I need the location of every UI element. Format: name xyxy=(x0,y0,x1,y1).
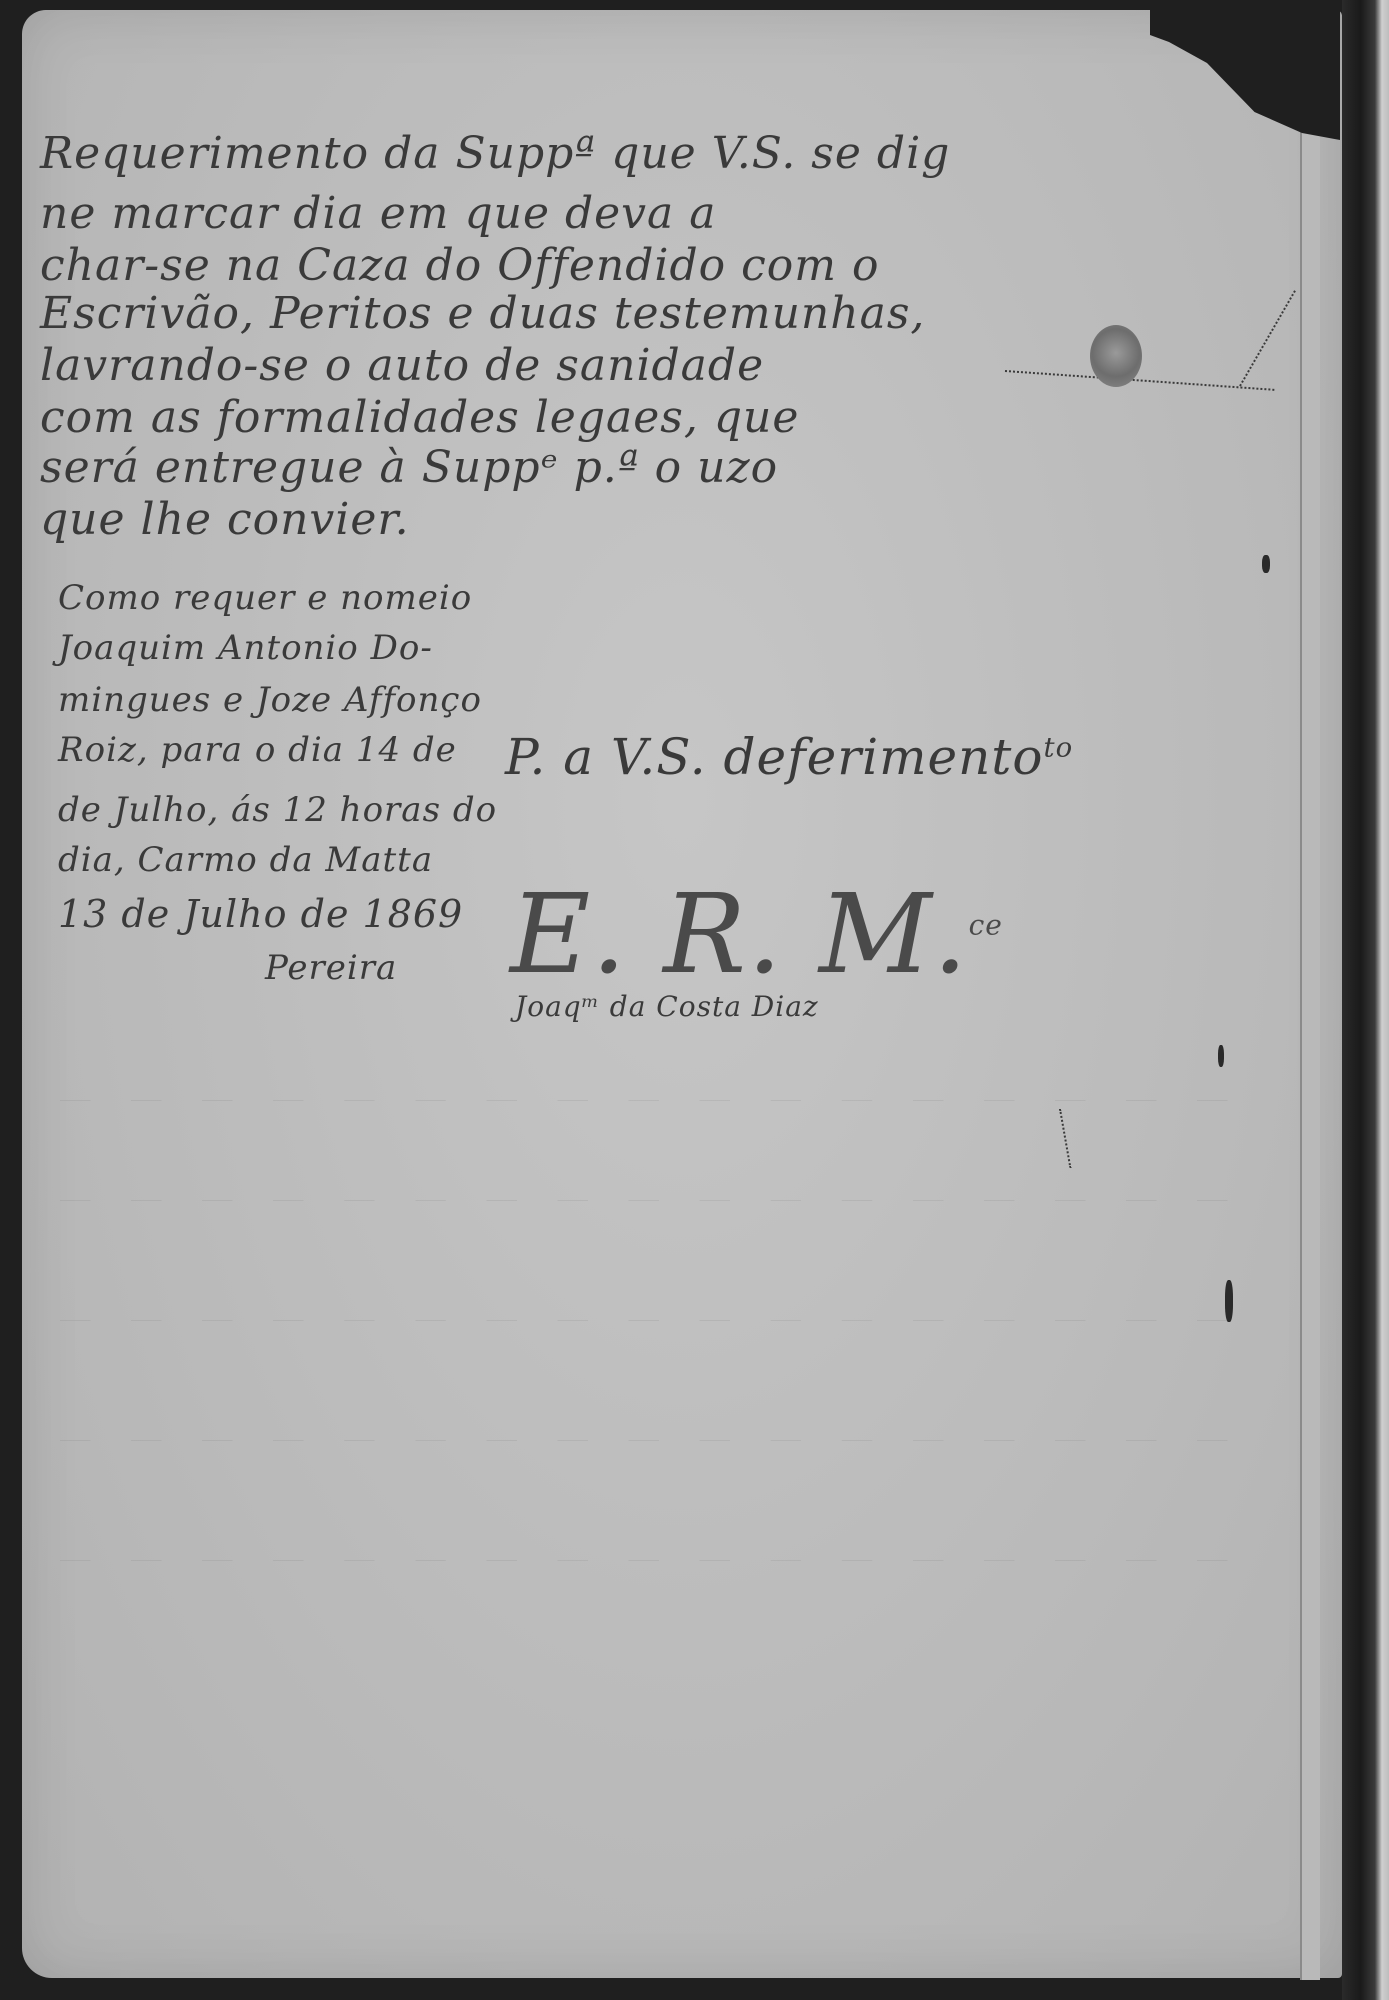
worm-hole xyxy=(1225,1280,1233,1322)
order-line: Roiz, para o dia 14 de xyxy=(58,730,457,770)
petition-line: lavrando-se o auto de sanidade xyxy=(40,340,764,391)
signature-name: Joaqᵐ da Costa Diaz xyxy=(515,990,819,1023)
monogram-superscript: ce xyxy=(969,908,1003,941)
petition-line: char-se na Caza do Offendido com o xyxy=(40,240,879,291)
ink-stain xyxy=(1090,325,1142,387)
book-binding xyxy=(1342,0,1389,2000)
petition-line: será entregue à Suppᵉ p.ª o uzo xyxy=(40,442,778,493)
bleed-through xyxy=(60,1560,1240,1561)
order-date: 13 de Julho de 1869 xyxy=(58,892,463,936)
despacho-superscript: to xyxy=(1044,731,1074,763)
monogram-letters: E. R. M. xyxy=(510,870,969,998)
signature-monogram: E. R. M.ce xyxy=(510,870,1003,998)
petition-line: ne marcar dia em que deva a xyxy=(40,188,717,239)
worm-hole xyxy=(1218,1045,1224,1067)
bleed-through xyxy=(60,1440,1240,1441)
order-line: Joaquim Antonio Do- xyxy=(58,628,433,668)
despacho-label: P. a V.S. deferimento xyxy=(505,728,1044,786)
petition-line: Escrivão, Peritos e duas testemunhas, xyxy=(40,288,925,339)
petition-line: que lhe convier. xyxy=(40,494,410,545)
petition-line: Requerimento da Suppª que V.S. se dig xyxy=(40,128,950,179)
bleed-through xyxy=(60,1320,1240,1321)
bleed-through xyxy=(60,1200,1240,1201)
petition-line: com as formalidades legaes, que xyxy=(40,392,799,443)
order-signature: Pereira xyxy=(265,948,397,988)
order-line: mingues e Joze Affonço xyxy=(58,680,482,720)
order-line: de Julho, ás 12 horas do xyxy=(58,790,497,830)
page-edge xyxy=(1300,20,1320,1980)
despacho-text: P. a V.S. deferimentoto xyxy=(505,728,1073,786)
order-line: Como requer e nomeio xyxy=(58,578,472,618)
worm-hole xyxy=(1262,555,1270,573)
order-line: dia, Carmo da Matta xyxy=(58,840,433,880)
bleed-through xyxy=(60,1100,1240,1101)
